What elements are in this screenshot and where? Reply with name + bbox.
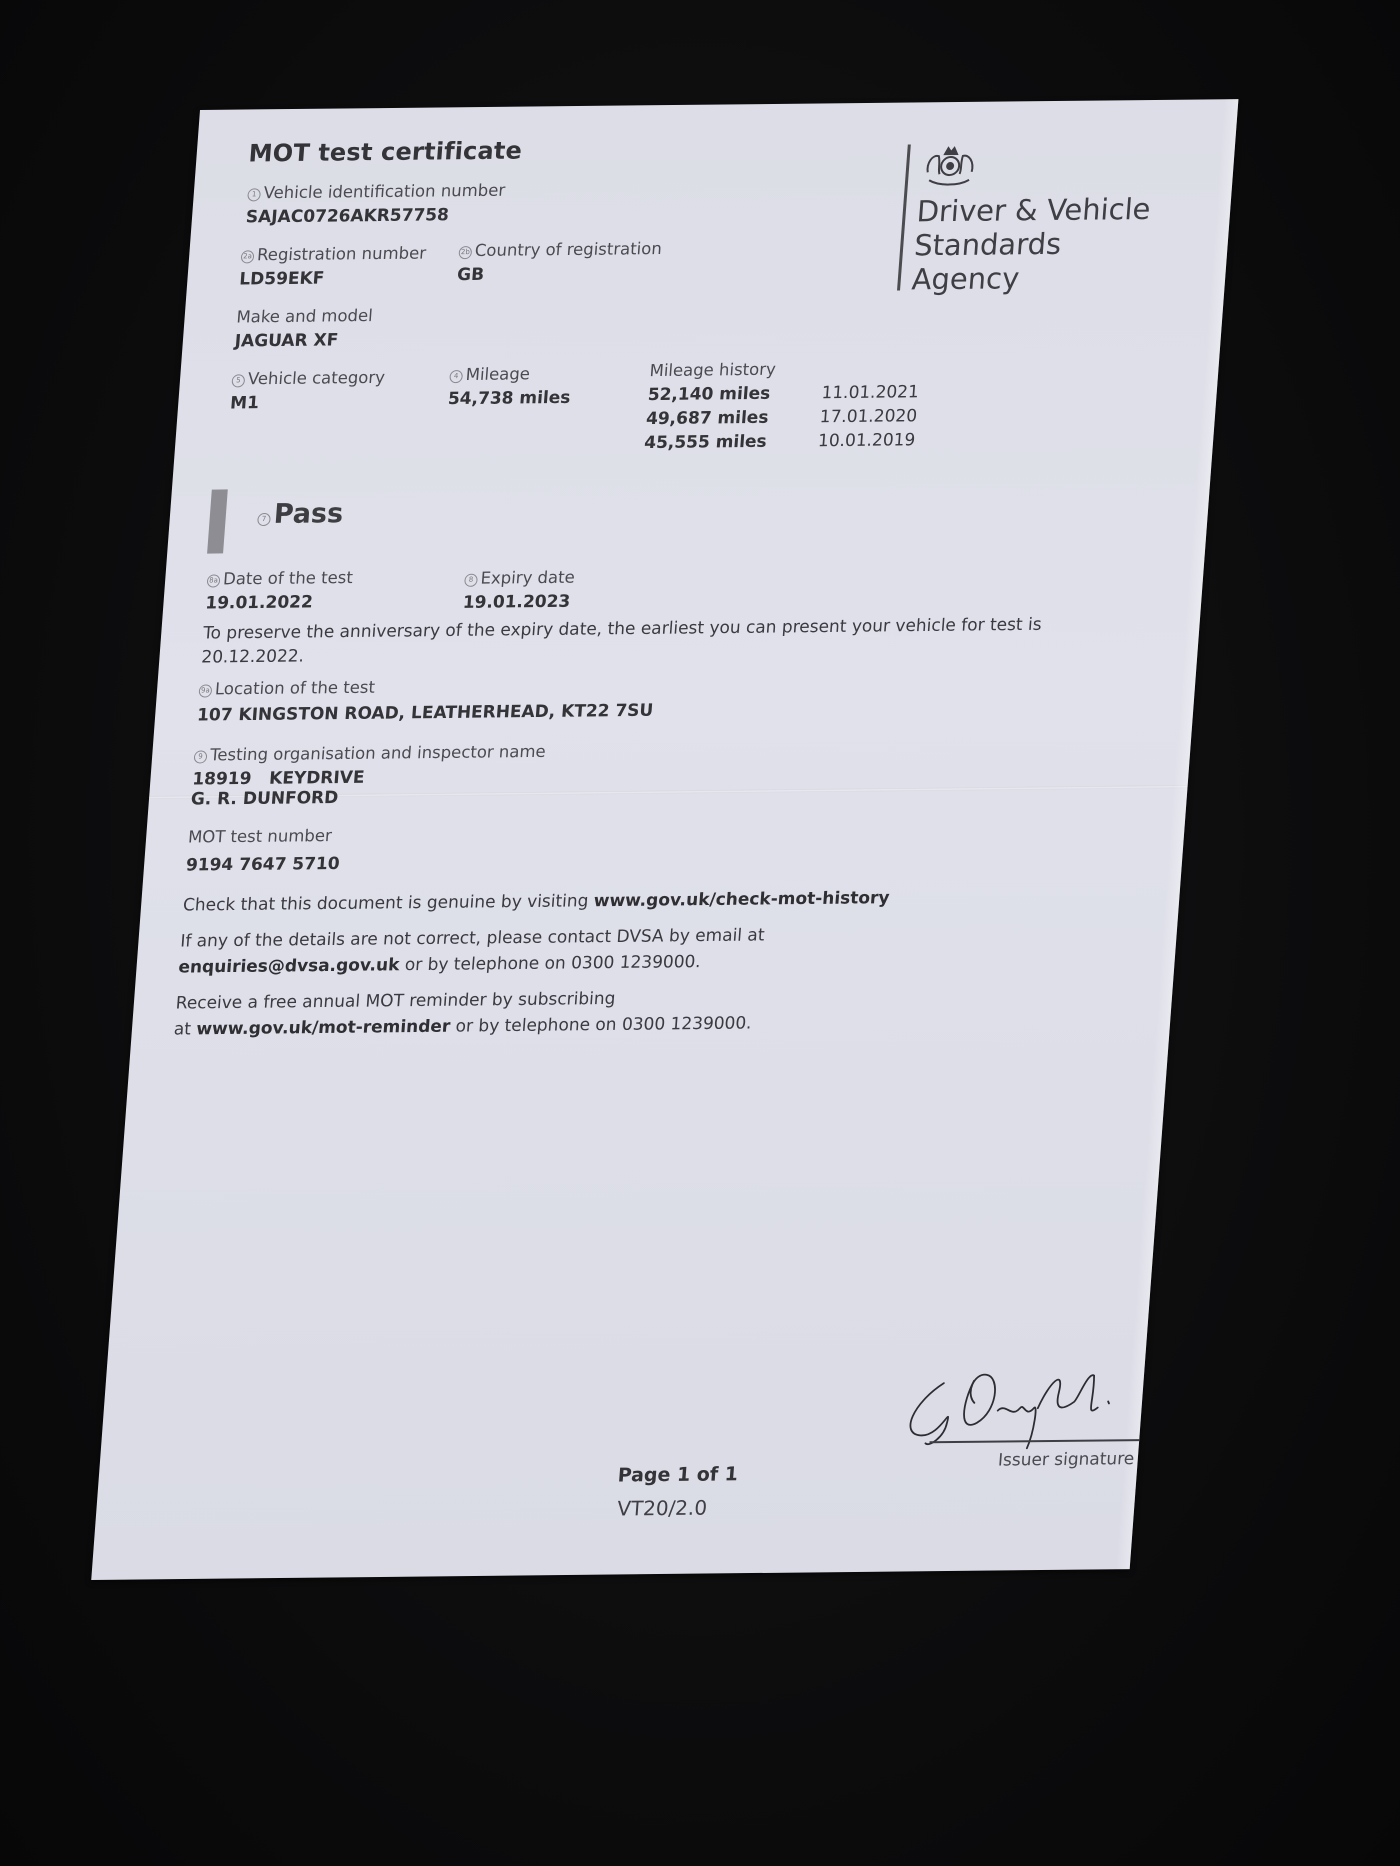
country-label: 2bCountry of registration [458,239,662,260]
org-number: 18919 [192,769,253,790]
mileage-history-row: 52,140 miles 11.01.2021 [647,382,919,405]
document-title: MOT test certificate [248,137,523,168]
field-number-badge: 8a [207,574,221,587]
registration-label: 2aRegistration number [240,244,426,265]
history-date: 11.01.2021 [821,382,920,403]
test-result: 7Pass [257,498,345,530]
mileage-label: 4Mileage [449,364,531,384]
reminder-note-line2: at www.gov.uk/mot-reminder or by telepho… [173,1013,752,1039]
expiry-date-value: 19.01.2023 [462,592,571,613]
earliest-test-date: 20.12.2022. [201,646,305,667]
royal-coat-of-arms-icon [920,142,980,193]
test-number-label: MOT test number [187,826,332,847]
expiry-date-label: 8Expiry date [464,568,575,588]
inspector-name: G. R. DUNFORD [190,788,339,810]
field-number-badge: 2b [458,246,472,259]
vin-label: 1Vehicle identification number [247,181,506,203]
testing-org-value: 18919 KEYDRIVE [192,768,366,790]
issuer-signature-label: Issuer signature [997,1449,1135,1470]
mileage-history-row: 49,687 miles 17.01.2020 [645,406,917,429]
field-number-badge: 7 [257,513,271,526]
mileage-value: 54,738 miles [447,388,571,409]
field-number-badge: 9 [194,750,208,763]
field-number-badge: 2a [241,250,255,263]
logo-divider [897,144,911,290]
registration-value: LD59EKF [239,269,325,290]
field-number-badge: 9a [198,684,212,697]
field-number-badge: 4 [449,370,463,383]
dvsa-logo-text: Driver & Vehicle Standards Agency [911,192,1152,296]
test-date-value: 19.01.2022 [205,592,314,613]
history-date: 10.01.2019 [817,430,916,451]
anniversary-note: To preserve the anniversary of the expir… [202,615,1042,644]
handwritten-signature-icon [898,1361,1135,1457]
history-miles: 52,140 miles [647,384,778,405]
field-number-badge: 8 [464,574,478,587]
mot-certificate-paper: MOT test certificate 1Vehicle identifica… [91,99,1238,1580]
mileage-history-label: Mileage history [649,360,777,380]
country-value: GB [456,265,484,285]
check-mot-history-link[interactable]: www.gov.uk/check-mot-history [593,888,890,911]
contact-note-line2: enquiries@dvsa.gov.uk or by telephone on… [178,952,702,977]
reminder-note-line1: Receive a free annual MOT reminder by su… [175,989,616,1014]
dvsa-email-link[interactable]: enquiries@dvsa.gov.uk [178,955,400,977]
result-status: Pass [273,498,345,530]
vehicle-category-label: 5Vehicle category [231,368,385,389]
testing-org-label: 9Testing organisation and inspector name [193,742,546,765]
mileage-history-row: 45,555 miles 10.01.2019 [644,430,916,453]
mileage-history-list: 52,140 miles 11.01.2021 49,687 miles 17.… [644,382,920,453]
location-value: 107 KINGSTON ROAD, LEATHERHEAD, KT22 7SU [196,701,654,726]
mot-reminder-link[interactable]: www.gov.uk/mot-reminder [196,1017,451,1040]
form-code: VT20/2.0 [616,1496,708,1521]
history-miles: 45,555 miles [644,432,775,453]
result-indicator-bar [207,489,228,553]
check-genuine-note: Check that this document is genuine by v… [182,888,890,915]
test-date-label: 8aDate of the test [206,568,353,589]
field-number-badge: 5 [231,374,245,387]
vin-value: SAJAC0726AKR57758 [245,205,449,227]
field-number-badge: 1 [247,188,261,201]
contact-note-line1: If any of the details are not correct, p… [180,925,766,951]
org-name: KEYDRIVE [268,768,365,789]
vehicle-category-value: M1 [229,393,259,413]
location-label: 9aLocation of the test [198,678,375,699]
history-miles: 49,687 miles [645,408,776,429]
make-model-label: Make and model [236,306,374,326]
history-date: 17.01.2020 [819,406,918,427]
page-number: Page 1 of 1 [617,1463,739,1486]
make-model-value: JAGUAR XF [234,330,339,351]
test-number-value: 9194 7647 5710 [185,854,340,876]
